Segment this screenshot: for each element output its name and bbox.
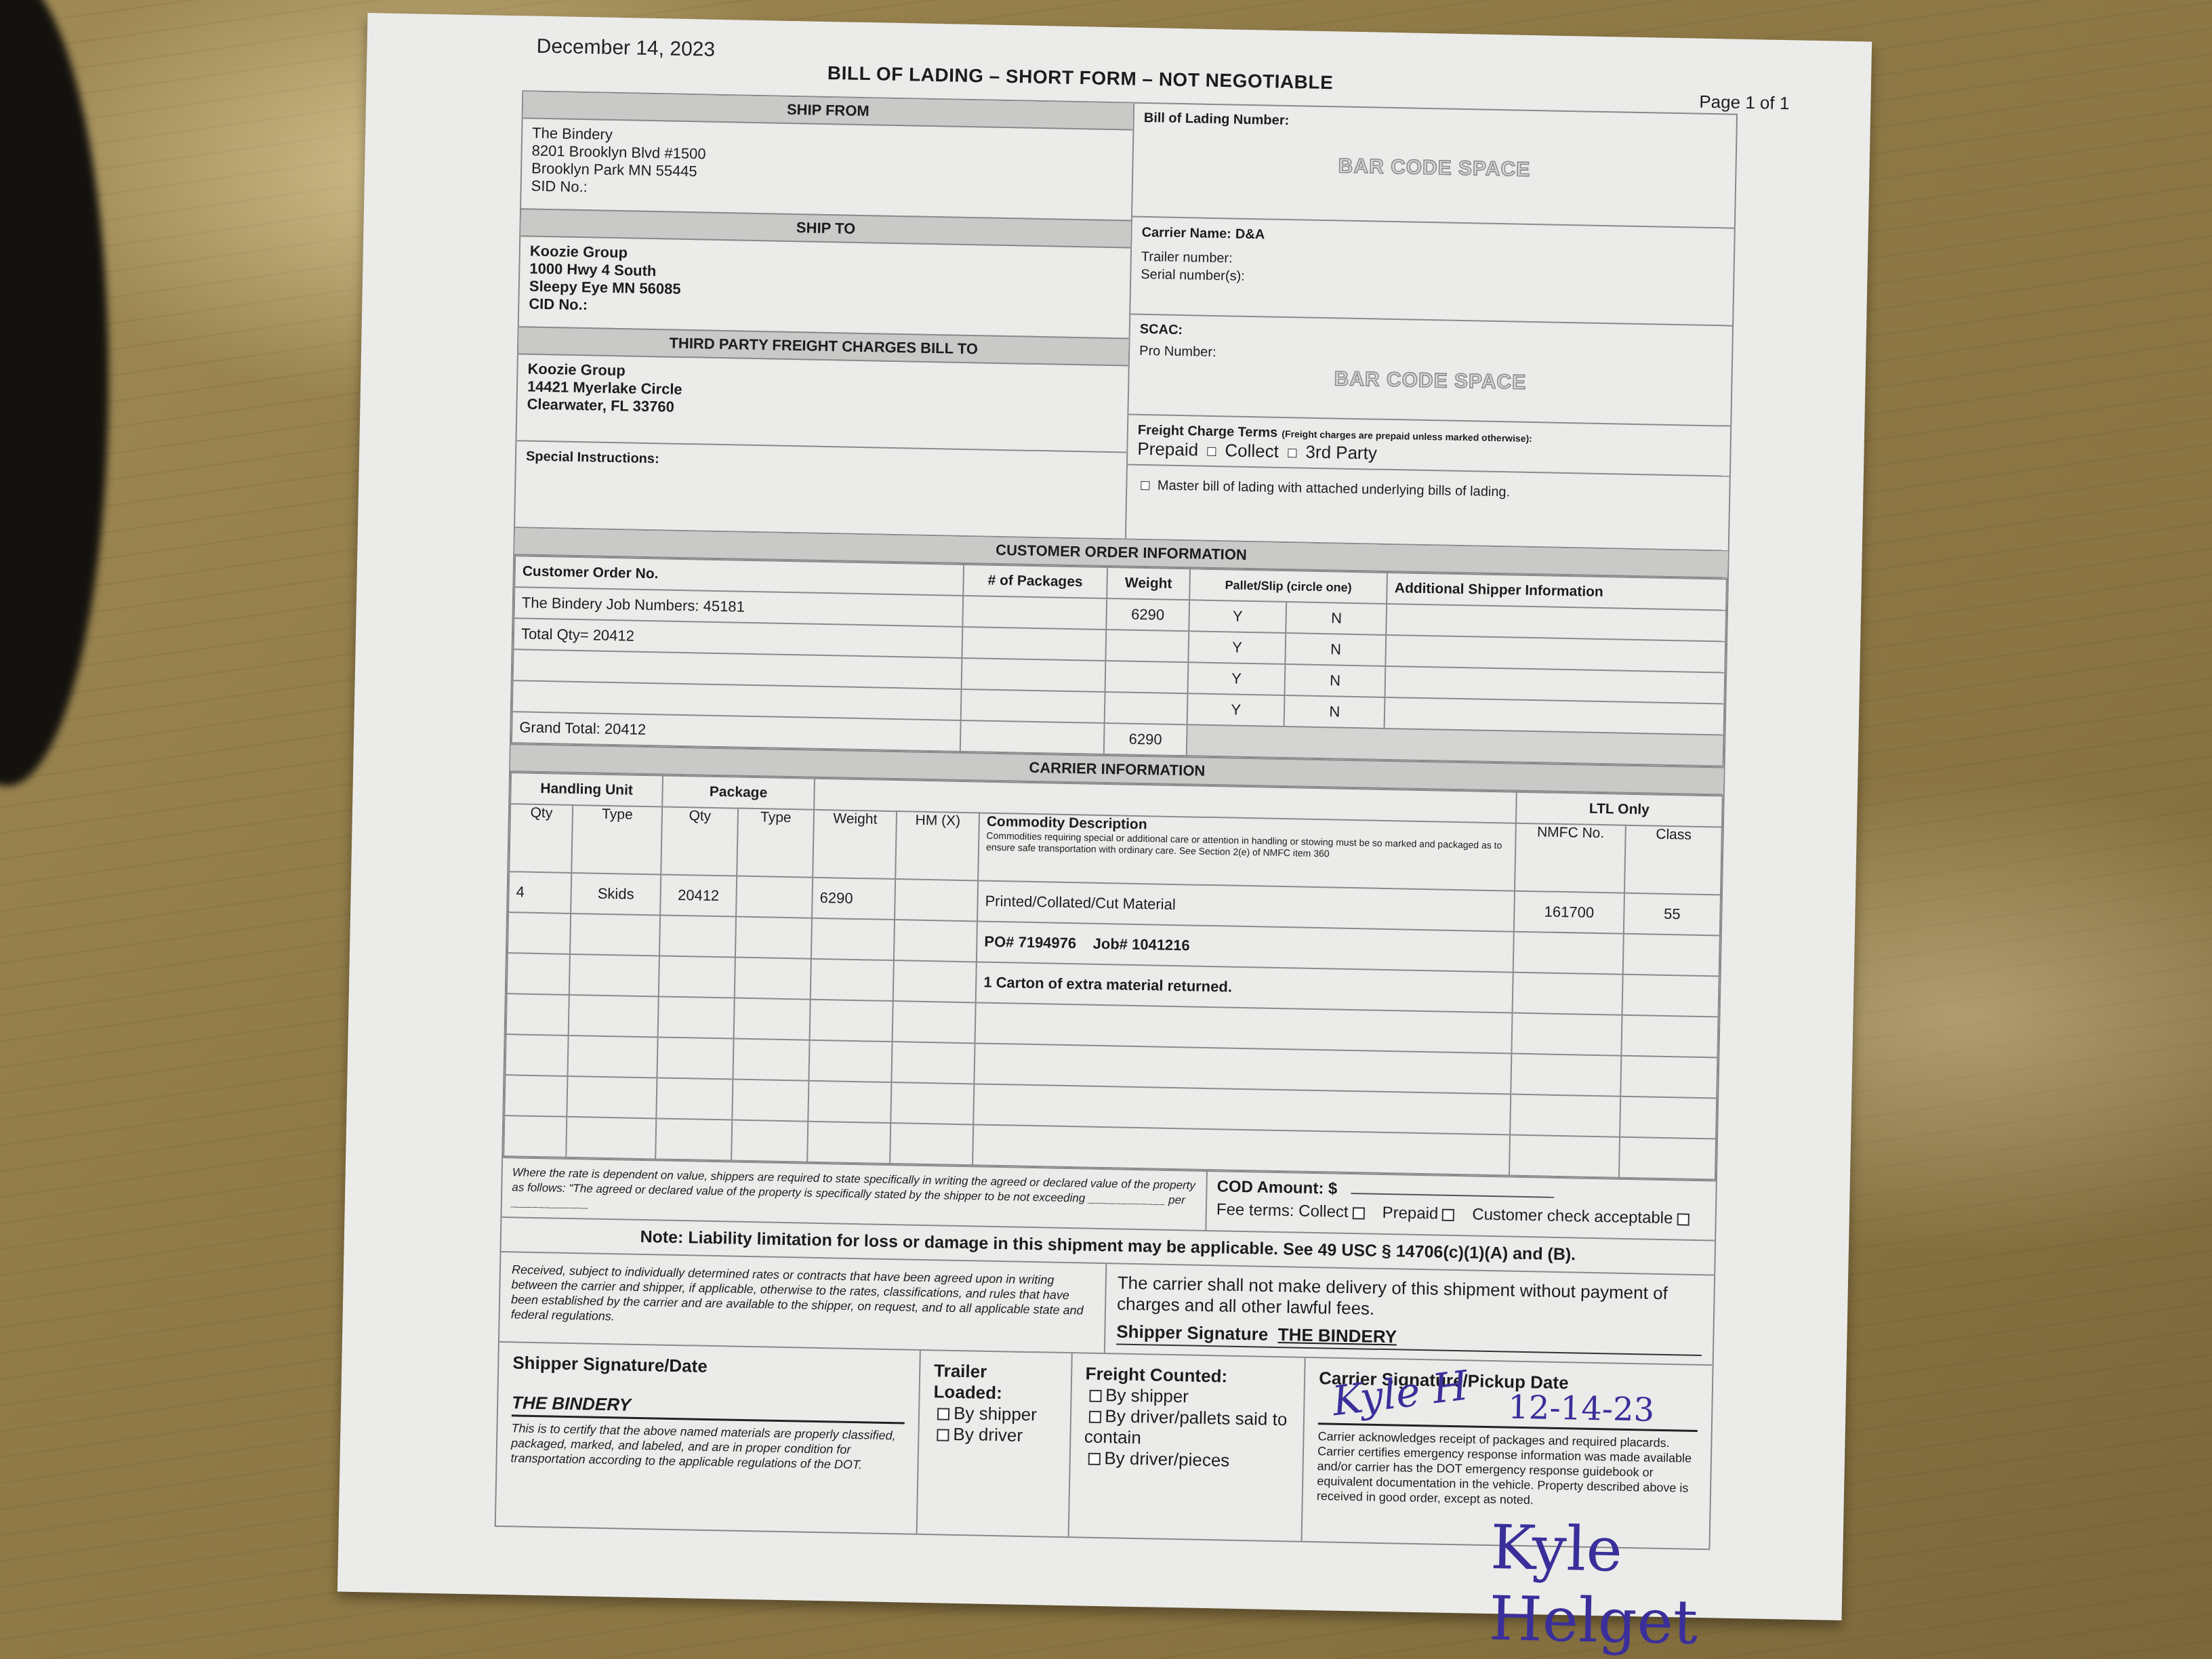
grand-total-weight: 6290 xyxy=(1104,723,1187,756)
received-text: Received, subject to individually determ… xyxy=(499,1252,1107,1353)
hu-qty-cell[interactable] xyxy=(504,1115,567,1158)
document-title: BILL OF LADING – SHORT FORM – NOT NEGOTI… xyxy=(827,62,1334,94)
packages-cell[interactable] xyxy=(962,627,1106,661)
pallet-no-cell[interactable]: N xyxy=(1286,602,1387,635)
bol-barcode-space: BAR CODE SPACE xyxy=(1143,154,1725,183)
weight-cell[interactable] xyxy=(810,1000,893,1042)
right-info-column: Bill of Lading Number: BAR CODE SPACE Ca… xyxy=(1126,104,1736,550)
col-pkg-type: Type xyxy=(737,808,814,878)
pkg-qty-cell[interactable] xyxy=(656,1078,733,1120)
nmfc-cell[interactable] xyxy=(1511,1013,1622,1056)
hu-qty-cell[interactable] xyxy=(506,1034,569,1076)
carrier-info-section: CARRIER INFORMATION Handling Unit Packag… xyxy=(503,743,1723,1180)
weight-cell[interactable]: 6290 xyxy=(1106,598,1189,631)
col-pkg-qty: Qty xyxy=(661,806,738,876)
third-party-address: Koozie Group 14421 Myerlake Circle Clear… xyxy=(517,354,1128,451)
checkbox-icon[interactable] xyxy=(937,1429,949,1441)
shipper-certify-text: This is to certify that the above named … xyxy=(510,1420,904,1473)
hu-type-cell[interactable]: Skids xyxy=(571,873,661,916)
pallet-yes-cell[interactable]: Y xyxy=(1188,631,1286,664)
col-hm: HM (X) xyxy=(895,811,979,880)
ship-from-address: The Bindery 8201 Brooklyn Blvd #1500 Bro… xyxy=(521,119,1132,220)
fee-prepaid-checkbox[interactable] xyxy=(1442,1208,1454,1221)
freight-terms-label: Freight Charge Terms xyxy=(1138,423,1278,441)
cod-amount-field[interactable] xyxy=(1351,1193,1555,1198)
checkbox-icon[interactable] xyxy=(1088,1453,1100,1465)
master-bol-label: Master bill of lading with attached unde… xyxy=(1158,478,1511,499)
carrier-info-table: Handling Unit Package LTL Only Qty Type … xyxy=(503,772,1723,1180)
checkbox-icon[interactable] xyxy=(937,1408,949,1420)
packages-cell[interactable] xyxy=(961,689,1105,723)
hu-type-cell[interactable] xyxy=(566,1117,656,1160)
col-weight: Weight xyxy=(813,810,897,879)
checkbox-icon[interactable] xyxy=(1089,1390,1101,1402)
hu-type-cell[interactable] xyxy=(570,914,660,956)
hm-cell[interactable] xyxy=(893,960,977,1002)
pkg-type-cell[interactable] xyxy=(736,876,813,918)
fee-collect-label: Collect xyxy=(1298,1202,1349,1221)
nmfc-cell[interactable] xyxy=(1513,932,1624,975)
customer-check-checkbox[interactable] xyxy=(1677,1213,1689,1225)
freight-counted-block: Freight Counted: By shipper By driver/pa… xyxy=(1069,1353,1306,1541)
delivery-shipper-signature: Shipper Signature THE BINDERY xyxy=(1116,1321,1702,1356)
collect-checkbox[interactable] xyxy=(1207,447,1216,455)
bol-number-field[interactable]: Bill of Lading Number: BAR CODE SPACE xyxy=(1132,104,1736,229)
shipper-signature-date-label: Shipper Signature/Date xyxy=(512,1352,905,1380)
class-cell[interactable] xyxy=(1622,975,1719,1017)
pkg-qty-cell[interactable] xyxy=(659,956,735,998)
scac-block: SCAC: Pro Number: BAR CODE SPACE xyxy=(1128,315,1732,427)
carrier-name-label: Carrier Name: xyxy=(1141,225,1231,242)
pro-barcode-space: BAR CODE SPACE xyxy=(1139,367,1721,396)
col-weight: Weight xyxy=(1107,567,1190,600)
class-cell[interactable] xyxy=(1621,1015,1718,1058)
fee-terms-label: Fee terms: xyxy=(1216,1200,1294,1220)
bol-number-label: Bill of Lading Number: xyxy=(1144,109,1727,138)
special-instructions-field[interactable]: Special Instructions: xyxy=(515,440,1126,538)
address-column: SHIP FROM The Bindery 8201 Brooklyn Blvd… xyxy=(515,91,1134,538)
hu-type-cell[interactable] xyxy=(569,995,659,1038)
cod-block: COD Amount: $ Fee terms: Collect Prepaid… xyxy=(1206,1172,1716,1240)
package-group: Package xyxy=(662,775,815,809)
nmfc-cell[interactable] xyxy=(1509,1135,1620,1178)
customer-order-table: Customer Order No. # of Packages Weight … xyxy=(511,555,1727,766)
trailer-loaded-block: Trailer Loaded: By shipper By driver xyxy=(918,1351,1073,1536)
class-cell[interactable]: 55 xyxy=(1624,893,1721,936)
pallet-no-cell[interactable]: N xyxy=(1284,695,1385,729)
weight-cell[interactable] xyxy=(808,1040,892,1082)
page-indicator: Page 1 of 1 xyxy=(1699,91,1790,115)
pkg-qty-cell[interactable] xyxy=(657,1037,733,1079)
pkg-qty-cell[interactable] xyxy=(655,1118,732,1160)
pkg-type-cell[interactable] xyxy=(735,958,811,1000)
hu-type-cell[interactable] xyxy=(569,954,659,997)
hm-cell[interactable] xyxy=(895,879,978,921)
col-packages: # of Packages xyxy=(963,565,1107,598)
class-cell[interactable] xyxy=(1620,1056,1717,1099)
pkg-type-cell[interactable] xyxy=(731,1120,808,1162)
weight-cell[interactable] xyxy=(807,1122,890,1164)
freight-3rd-party-option[interactable]: 3rd Party xyxy=(1305,442,1377,464)
hu-type-cell[interactable] xyxy=(568,1036,658,1078)
pallet-yes-cell[interactable]: Y xyxy=(1188,662,1286,695)
option-label: By shipper xyxy=(1105,1385,1189,1406)
option-label: By driver xyxy=(953,1424,1023,1446)
grand-total-packages xyxy=(960,720,1105,754)
background-shadow xyxy=(0,0,108,786)
hu-qty-cell[interactable] xyxy=(504,1075,567,1117)
weight-cell[interactable] xyxy=(1105,692,1188,724)
customer-order-section: CUSTOMER ORDER INFORMATION Customer Orde… xyxy=(511,528,1728,766)
hm-cell[interactable] xyxy=(891,1042,975,1084)
hu-type-cell[interactable] xyxy=(567,1076,657,1119)
option-label: By driver/pallets said to contain xyxy=(1084,1406,1288,1448)
class-cell[interactable] xyxy=(1619,1137,1716,1180)
pkg-type-cell[interactable] xyxy=(732,1080,808,1122)
fee-prepaid-label: Prepaid xyxy=(1382,1204,1438,1223)
freight-collect-option[interactable]: Collect xyxy=(1225,440,1279,462)
col-commodity: Commodity Description Commodities requir… xyxy=(978,813,1516,890)
carrier-delivery-text: The carrier shall not make delivery of t… xyxy=(1117,1272,1703,1326)
col-pallet-slip: Pallet/Slip (circle one) xyxy=(1189,569,1387,604)
col-class: Class xyxy=(1624,825,1722,895)
pallet-yes-cell[interactable]: Y xyxy=(1187,693,1285,726)
hu-qty-cell[interactable] xyxy=(506,994,569,1036)
hu-qty-cell[interactable] xyxy=(507,953,570,995)
master-bol-checkbox[interactable] xyxy=(1141,481,1149,490)
nmfc-cell[interactable]: 161700 xyxy=(1514,891,1624,934)
col-hu-type: Type xyxy=(571,805,662,875)
nmfc-cell[interactable] xyxy=(1511,1054,1621,1097)
special-instructions-label: Special Instructions: xyxy=(526,449,659,467)
trailer-loaded-label: Trailer Loaded: xyxy=(933,1360,1057,1404)
weight-cell[interactable] xyxy=(1105,630,1189,662)
pkg-type-cell[interactable] xyxy=(733,1039,809,1081)
customer-check-label: Customer check acceptable xyxy=(1472,1206,1673,1228)
trailer-loaded-option[interactable]: By driver xyxy=(933,1423,1056,1446)
pallet-no-cell[interactable]: N xyxy=(1286,633,1387,666)
shipper-signature-label: Shipper Signature xyxy=(1116,1321,1268,1344)
printed-name-handwritten: Kyle Helget xyxy=(1488,1512,1843,1659)
packages-cell[interactable] xyxy=(962,658,1106,692)
pkg-qty-cell[interactable] xyxy=(659,915,736,957)
ship-to-address: Koozie Group 1000 Hwy 4 South Sleepy Eye… xyxy=(519,237,1130,337)
trailer-loaded-option[interactable]: By shipper xyxy=(933,1402,1057,1425)
pkg-qty-cell[interactable] xyxy=(658,996,735,1038)
third-party-checkbox[interactable] xyxy=(1288,449,1296,457)
shipper-signature-field[interactable]: THE BINDERY xyxy=(512,1392,905,1424)
freight-counted-option[interactable]: By driver/pieces xyxy=(1084,1448,1289,1473)
hu-qty-cell[interactable] xyxy=(508,912,571,954)
option-label: By driver/pieces xyxy=(1104,1448,1230,1471)
pallet-no-cell[interactable]: N xyxy=(1285,664,1386,697)
pallet-yes-cell[interactable]: Y xyxy=(1189,600,1286,633)
nmfc-cell[interactable] xyxy=(1513,972,1623,1015)
packages-cell[interactable] xyxy=(962,596,1107,630)
option-label: By shipper xyxy=(954,1403,1037,1425)
col-nmfc: NMFC No. xyxy=(1515,823,1626,893)
carrier-name-value[interactable]: D&A xyxy=(1235,227,1265,243)
fee-collect-checkbox[interactable] xyxy=(1352,1207,1364,1219)
freight-counted-option[interactable]: By driver/pallets said to contain xyxy=(1084,1406,1290,1452)
handling-unit-group: Handling Unit xyxy=(510,773,663,806)
pickup-date-handwritten: 12-14-23 xyxy=(1508,1389,1655,1429)
hu-qty-cell[interactable]: 4 xyxy=(508,872,571,914)
checkbox-icon[interactable] xyxy=(1088,1411,1101,1423)
class-cell[interactable] xyxy=(1623,934,1720,977)
shipper-signature-value[interactable]: THE BINDERY xyxy=(1277,1324,1397,1347)
hm-cell[interactable] xyxy=(894,920,977,962)
weight-cell[interactable] xyxy=(811,918,895,960)
pkg-type-cell[interactable] xyxy=(735,917,812,959)
document-date: December 14, 2023 xyxy=(536,35,715,62)
carrier-name-block: Carrier Name: D&A Trailer number: Serial… xyxy=(1130,218,1734,327)
pkg-qty-cell[interactable]: 20412 xyxy=(660,874,737,916)
top-section: SHIP FROM The Bindery 8201 Brooklyn Blvd… xyxy=(515,91,1736,551)
hm-cell[interactable] xyxy=(890,1123,973,1165)
weight-cell[interactable] xyxy=(1105,661,1189,693)
freight-prepaid-option[interactable]: Prepaid xyxy=(1137,438,1198,460)
carrier-signature-field[interactable]: Kyle H 12-14-23 xyxy=(1318,1389,1698,1432)
weight-cell[interactable]: 6290 xyxy=(812,878,895,920)
carrier-acknowledgement-text: Carrier acknowledges receipt of packages… xyxy=(1317,1429,1698,1511)
class-cell[interactable] xyxy=(1620,1097,1717,1139)
shipper-signature-block: Shipper Signature/Date THE BINDERY This … xyxy=(496,1343,921,1534)
hm-cell[interactable] xyxy=(893,1001,976,1043)
bill-of-lading-paper: December 14, 2023 BILL OF LADING – SHORT… xyxy=(337,13,1872,1620)
bol-form: SHIP FROM The Bindery 8201 Brooklyn Blvd… xyxy=(495,90,1738,1550)
ltl-only-group: LTL Only xyxy=(1516,792,1723,827)
weight-cell[interactable] xyxy=(808,1081,891,1123)
col-hu-qty: Qty xyxy=(509,804,573,873)
carrier-delivery-block: The carrier shall not make delivery of t… xyxy=(1105,1264,1714,1364)
weight-cell[interactable] xyxy=(811,959,894,1001)
pkg-type-cell[interactable] xyxy=(734,998,811,1040)
cod-amount-label: COD Amount: $ xyxy=(1216,1177,1337,1197)
hm-cell[interactable] xyxy=(890,1082,974,1124)
nmfc-cell[interactable] xyxy=(1510,1094,1620,1137)
